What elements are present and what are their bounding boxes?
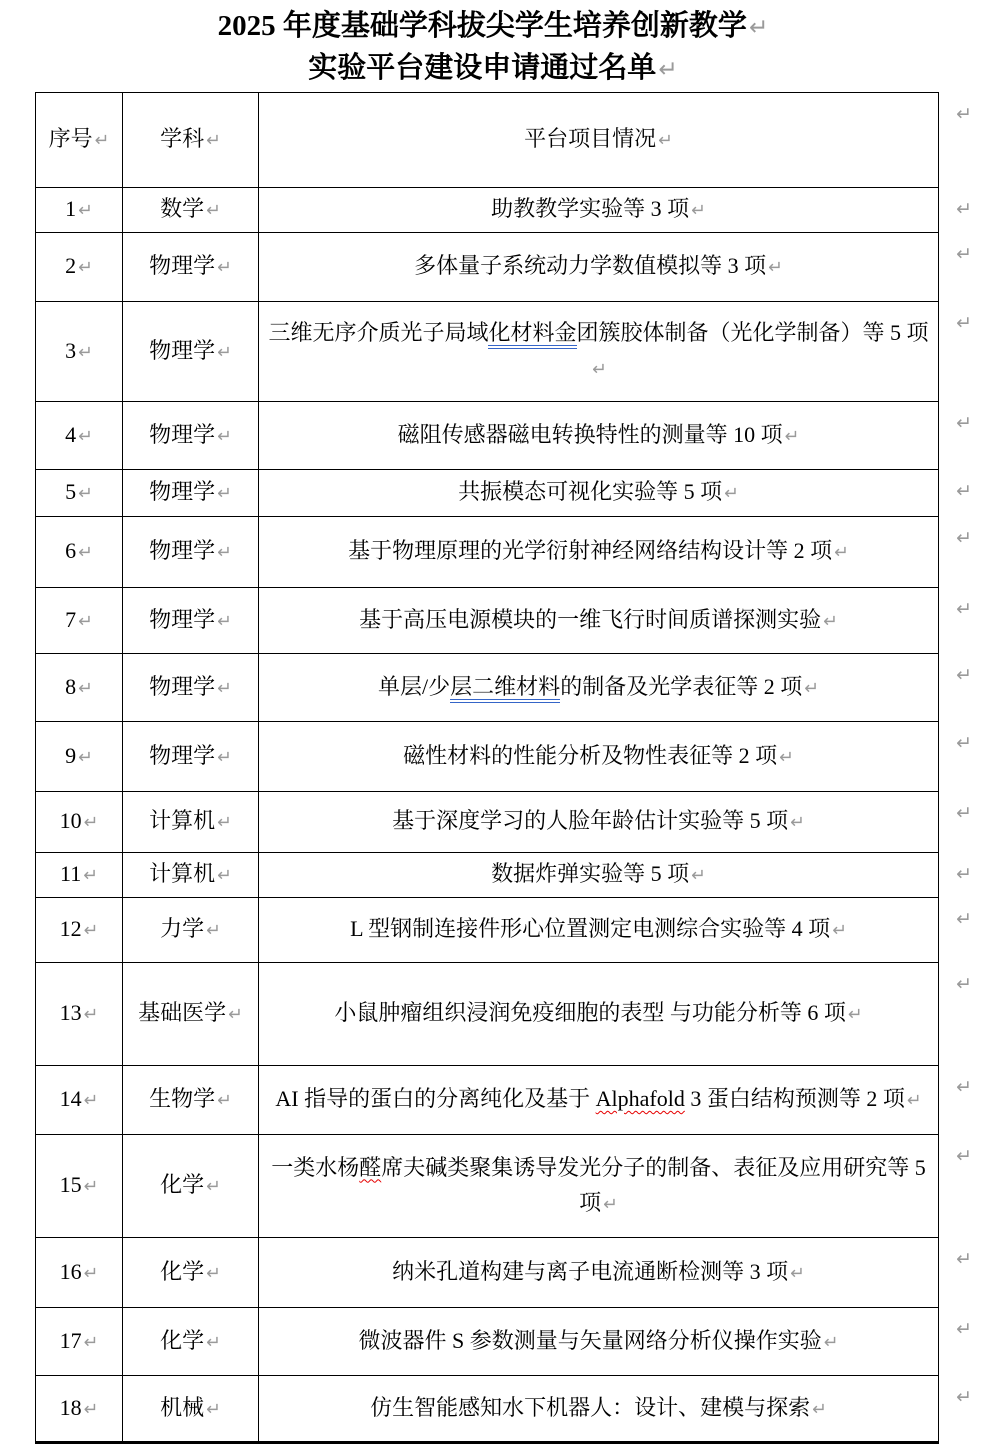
cell-end-mark-icon: ↵: [217, 866, 232, 886]
subject-cell: 物理学↵: [123, 654, 259, 722]
table-row: 2↵物理学↵多体量子系统动力学数值模拟等 3 项↵↵: [36, 233, 939, 302]
title-text: 实验平台建设申请通过名单: [308, 52, 656, 84]
cell-end-mark-icon: ↵: [84, 1400, 99, 1420]
table-row: 10↵计算机↵基于深度学习的人脸年龄估计实验等 5 项↵↵: [36, 792, 939, 853]
paragraph-mark-icon: ↵: [749, 14, 768, 41]
subject-label: 物理学: [149, 422, 215, 447]
row-end-mark-icon: ↵: [956, 1380, 972, 1415]
cell-end-mark-icon: ↵: [592, 360, 607, 380]
cell-end-mark-icon: ↵: [84, 813, 99, 833]
subject-cell: 物理学↵: [123, 233, 259, 302]
cell-end-mark-icon: ↵: [78, 258, 93, 278]
cell-end-mark-icon: ↵: [724, 484, 739, 504]
project-text: 小鼠肿瘤组织浸润免疫细胞的表型 与功能分析等 6 项: [334, 1000, 846, 1025]
project-cell: L 型钢制连接件形心位置测定电测综合实验等 4 项↵↵: [259, 898, 939, 963]
subject-cell: 计算机↵: [123, 853, 259, 898]
row-number-cell: 10↵: [36, 792, 123, 853]
cell-end-mark-icon: ↵: [83, 866, 98, 886]
row-number-cell: 17↵: [36, 1308, 123, 1376]
cell-end-mark-icon: ↵: [206, 1177, 221, 1197]
subject-label: 机械: [160, 1395, 204, 1420]
row-number: 1: [65, 196, 76, 221]
subject-cell: 基础医学↵: [123, 963, 259, 1066]
table-row: 17↵化学↵微波器件 S 参数测量与矢量网络分析仪操作实验↵↵: [36, 1308, 939, 1376]
row-number-cell: 5↵: [36, 470, 123, 517]
cell-end-mark-icon: ↵: [95, 131, 110, 151]
cell-end-mark-icon: ↵: [823, 612, 838, 632]
row-number-cell: 18↵: [36, 1376, 123, 1443]
cell-end-mark-icon: ↵: [78, 201, 93, 221]
project-text: 基于深度学习的人脸年龄估计实验等 5 项: [392, 808, 788, 833]
project-cell: 单层/少层二维材料的制备及光学表征等 2 项↵↵: [259, 654, 939, 722]
subject-label: 物理学: [149, 674, 215, 699]
subject-label: 化学: [160, 1259, 204, 1284]
cell-end-mark-icon: ↵: [84, 1005, 99, 1025]
header-cell-subject: 学科↵: [123, 93, 259, 188]
subject-label: 力学: [160, 916, 204, 941]
cell-end-mark-icon: ↵: [834, 543, 849, 563]
cell-end-mark-icon: ↵: [691, 866, 706, 886]
project-cell: 共振模态可视化实验等 5 项↵↵: [259, 470, 939, 517]
subject-cell: 生物学↵: [123, 1066, 259, 1135]
row-end-mark-icon: ↵: [956, 1139, 972, 1174]
cell-end-mark-icon: ↵: [658, 131, 673, 151]
table-row: 11↵计算机↵数据炸弹实验等 5 项↵↵: [36, 853, 939, 898]
cell-end-mark-icon: ↵: [84, 1177, 99, 1197]
cell-end-mark-icon: ↵: [78, 679, 93, 699]
paragraph-mark-icon: ↵: [658, 56, 677, 83]
cell-end-mark-icon: ↵: [691, 201, 706, 221]
row-number: 7: [65, 607, 76, 632]
table-row: 8↵物理学↵单层/少层二维材料的制备及光学表征等 2 项↵↵: [36, 654, 939, 722]
row-number: 16: [60, 1259, 82, 1284]
cell-end-mark-icon: ↵: [907, 1091, 922, 1111]
subject-cell: 物理学↵: [123, 302, 259, 402]
grammar-underlined-text: 化材料金: [488, 320, 576, 349]
cell-end-mark-icon: ↵: [78, 343, 93, 363]
cell-end-mark-icon: ↵: [824, 1333, 839, 1353]
cell-end-mark-icon: ↵: [78, 484, 93, 504]
row-end-mark-icon: ↵: [956, 1242, 972, 1277]
cell-end-mark-icon: ↵: [84, 1091, 99, 1111]
title-line-1: 2025 年度基础学科拔尖学生培养创新教学↵: [0, 6, 986, 48]
subject-cell: 化学↵: [123, 1135, 259, 1238]
row-number: 18: [60, 1395, 82, 1420]
project-text: 一类水杨: [271, 1155, 359, 1180]
row-number: 3: [65, 338, 76, 363]
cell-end-mark-icon: ↵: [206, 1333, 221, 1353]
project-text: 3 蛋白结构预测等 2 项: [685, 1086, 905, 1111]
row-number: 15: [60, 1172, 82, 1197]
spellcheck-underlined-text: Alphafold: [596, 1086, 685, 1111]
row-number-cell: 11↵: [36, 853, 123, 898]
table-row: 7↵物理学↵基于高压电源模块的一维飞行时间质谱探测实验↵↵: [36, 588, 939, 654]
row-number-cell: 8↵: [36, 654, 123, 722]
row-number-cell: 6↵: [36, 517, 123, 588]
cell-end-mark-icon: ↵: [217, 543, 232, 563]
row-number-cell: 9↵: [36, 722, 123, 792]
cell-end-mark-icon: ↵: [228, 1005, 243, 1025]
row-number: 11: [60, 861, 81, 886]
project-text: 磁性材料的性能分析及物性表征等 2 项: [403, 743, 777, 768]
project-text: 数据炸弹实验等 5 项: [491, 861, 689, 886]
row-number-cell: 14↵: [36, 1066, 123, 1135]
row-number: 4: [65, 422, 76, 447]
project-cell: 磁阻传感器磁电转换特性的测量等 10 项↵↵: [259, 402, 939, 470]
cell-end-mark-icon: ↵: [217, 813, 232, 833]
project-cell: 小鼠肿瘤组织浸润免疫细胞的表型 与功能分析等 6 项↵↵: [259, 963, 939, 1066]
project-cell: 纳米孔道构建与离子电流通断检测等 3 项↵↵: [259, 1238, 939, 1308]
row-number-cell: 12↵: [36, 898, 123, 963]
document-title: 2025 年度基础学科拔尖学生培养创新教学↵ 实验平台建设申请通过名单↵: [0, 0, 986, 90]
project-cell: 一类水杨醛席夫碱类聚集诱导发光分子的制备、表征及应用研究等 5 项↵↵: [259, 1135, 939, 1238]
row-number-cell: 4↵: [36, 402, 123, 470]
subject-cell: 化学↵: [123, 1308, 259, 1376]
project-text: 仿生智能感知水下机器人：设计、建模与探索: [370, 1395, 810, 1420]
row-end-mark-icon: ↵: [956, 237, 972, 272]
cell-end-mark-icon: ↵: [217, 679, 232, 699]
header-cell-project: 平台项目情况↵↵: [259, 93, 939, 188]
row-end-mark-icon: ↵: [956, 1070, 972, 1105]
table-row: 12↵力学↵L 型钢制连接件形心位置测定电测综合实验等 4 项↵↵: [36, 898, 939, 963]
row-end-mark-icon: ↵: [956, 796, 972, 831]
row-number: 8: [65, 674, 76, 699]
title-text: 2025 年度基础学科拔尖学生培养创新教学: [218, 10, 747, 42]
table-row: 6↵物理学↵基于物理原理的光学衍射神经网络结构设计等 2 项↵↵: [36, 517, 939, 588]
row-number: 6: [65, 538, 76, 563]
cell-end-mark-icon: ↵: [78, 543, 93, 563]
project-text: 基于物理原理的光学衍射神经网络结构设计等 2 项: [348, 538, 832, 563]
row-end-mark-icon: ↵: [956, 967, 972, 1002]
project-text: 三维无序介质光子局域: [268, 320, 488, 345]
row-number: 17: [60, 1328, 82, 1353]
cell-end-mark-icon: ↵: [812, 1400, 827, 1420]
table-row: 16↵化学↵纳米孔道构建与离子电流通断检测等 3 项↵↵: [36, 1238, 939, 1308]
subject-cell: 物理学↵: [123, 470, 259, 517]
row-number-cell: 7↵: [36, 588, 123, 654]
cell-end-mark-icon: ↵: [84, 1264, 99, 1284]
subject-label: 物理学: [149, 479, 215, 504]
row-end-mark-icon: ↵: [956, 902, 972, 937]
cell-end-mark-icon: ↵: [206, 1264, 221, 1284]
cell-end-mark-icon: ↵: [206, 1400, 221, 1420]
row-end-mark-icon: ↵: [956, 726, 972, 761]
cell-end-mark-icon: ↵: [217, 748, 232, 768]
cell-end-mark-icon: ↵: [603, 1195, 618, 1215]
project-text: AI 指导的蛋白的分离纯化及基于: [275, 1086, 595, 1111]
table-row: 18↵机械↵仿生智能感知水下机器人：设计、建模与探索↵↵: [36, 1376, 939, 1443]
subject-label: 物理学: [149, 607, 215, 632]
subject-cell: 物理学↵: [123, 588, 259, 654]
row-number-cell: 16↵: [36, 1238, 123, 1308]
row-number-cell: 2↵: [36, 233, 123, 302]
project-cell: 基于高压电源模块的一维飞行时间质谱探测实验↵↵: [259, 588, 939, 654]
cell-end-mark-icon: ↵: [848, 1005, 863, 1025]
header-label: 序号: [49, 126, 93, 151]
table-header: 序号↵ 学科↵ 平台项目情况↵↵: [36, 93, 939, 188]
table-row: 13↵基础医学↵小鼠肿瘤组织浸润免疫细胞的表型 与功能分析等 6 项↵↵: [36, 963, 939, 1066]
project-cell: 基于物理原理的光学衍射神经网络结构设计等 2 项↵↵: [259, 517, 939, 588]
cell-end-mark-icon: ↵: [790, 1264, 805, 1284]
cell-end-mark-icon: ↵: [804, 679, 819, 699]
header-cell-no: 序号↵: [36, 93, 123, 188]
project-text: 的制备及光学表征等 2 项: [560, 674, 802, 699]
word-document-page: 2025 年度基础学科拔尖学生培养创新教学↵ 实验平台建设申请通过名单↵ 序号↵…: [0, 0, 986, 1450]
row-end-mark-icon: ↵: [956, 306, 972, 341]
project-cell: 数据炸弹实验等 5 项↵↵: [259, 853, 939, 898]
project-cell: 多体量子系统动力学数值模拟等 3 项↵↵: [259, 233, 939, 302]
project-text: 磁阻传感器磁电转换特性的测量等 10 项: [398, 422, 783, 447]
subject-cell: 力学↵: [123, 898, 259, 963]
table-header-row: 序号↵ 学科↵ 平台项目情况↵↵: [36, 93, 939, 188]
project-cell: 微波器件 S 参数测量与矢量网络分析仪操作实验↵↵: [259, 1308, 939, 1376]
cell-end-mark-icon: ↵: [78, 612, 93, 632]
project-text: 助教教学实验等 3 项: [491, 196, 689, 221]
row-number: 2: [65, 253, 76, 278]
cell-end-mark-icon: ↵: [78, 427, 93, 447]
table-row: 3↵物理学↵三维无序介质光子局域化材料金团簇胶体制备（光化学制备）等 5 项↵↵: [36, 302, 939, 402]
project-text: 共振模态可视化实验等 5 项: [458, 479, 722, 504]
project-cell: 仿生智能感知水下机器人：设计、建模与探索↵↵: [259, 1376, 939, 1443]
project-cell: AI 指导的蛋白的分离纯化及基于 Alphafold 3 蛋白结构预测等 2 项…: [259, 1066, 939, 1135]
cell-end-mark-icon: ↵: [217, 258, 232, 278]
cell-end-mark-icon: ↵: [217, 484, 232, 504]
row-number: 5: [65, 479, 76, 504]
cell-end-mark-icon: ↵: [217, 612, 232, 632]
row-number: 14: [60, 1086, 82, 1111]
row-number-cell: 15↵: [36, 1135, 123, 1238]
cell-end-mark-icon: ↵: [78, 748, 93, 768]
subject-cell: 化学↵: [123, 1238, 259, 1308]
project-cell: 基于深度学习的人脸年龄估计实验等 5 项↵↵: [259, 792, 939, 853]
subject-cell: 物理学↵: [123, 517, 259, 588]
table-row: 5↵物理学↵共振模态可视化实验等 5 项↵↵: [36, 470, 939, 517]
subject-label: 生物学: [149, 1086, 215, 1111]
project-text: 团簇胶体制备（光化学制备）等 5 项: [577, 320, 929, 345]
cell-end-mark-icon: ↵: [785, 427, 800, 447]
row-end-mark-icon: ↵: [956, 97, 972, 132]
cell-end-mark-icon: ↵: [217, 427, 232, 447]
subject-label: 化学: [160, 1328, 204, 1353]
cell-end-mark-icon: ↵: [206, 131, 221, 151]
subject-cell: 物理学↵: [123, 722, 259, 792]
row-end-mark-icon: ↵: [956, 592, 972, 627]
subject-cell: 机械↵: [123, 1376, 259, 1443]
project-text: L 型钢制连接件形心位置测定电测综合实验等 4 项: [350, 916, 830, 941]
cell-end-mark-icon: ↵: [84, 1333, 99, 1353]
cell-end-mark-icon: ↵: [779, 748, 794, 768]
row-end-mark-icon: ↵: [956, 406, 972, 441]
table-body: 1↵数学↵助教教学实验等 3 项↵↵2↵物理学↵多体量子系统动力学数值模拟等 3…: [36, 188, 939, 1443]
spellcheck-underlined-text: 醛: [359, 1155, 381, 1180]
cell-end-mark-icon: ↵: [790, 813, 805, 833]
row-number-cell: 13↵: [36, 963, 123, 1066]
row-number: 10: [60, 808, 82, 833]
project-text: 微波器件 S 参数测量与矢量网络分析仪操作实验: [359, 1328, 822, 1353]
subject-cell: 物理学↵: [123, 402, 259, 470]
row-end-mark-icon: ↵: [956, 658, 972, 693]
cell-end-mark-icon: ↵: [832, 921, 847, 941]
row-number: 12: [60, 916, 82, 941]
subject-label: 计算机: [149, 861, 215, 886]
project-cell: 助教教学实验等 3 项↵↵: [259, 188, 939, 233]
project-cell: 三维无序介质光子局域化材料金团簇胶体制备（光化学制备）等 5 项↵↵: [259, 302, 939, 402]
title-line-2: 实验平台建设申请通过名单↵: [0, 48, 986, 90]
row-number-cell: 3↵: [36, 302, 123, 402]
row-end-mark-icon: ↵: [956, 192, 972, 227]
subject-label: 物理学: [149, 538, 215, 563]
cell-end-mark-icon: ↵: [206, 921, 221, 941]
table-row: 15↵化学↵一类水杨醛席夫碱类聚集诱导发光分子的制备、表征及应用研究等 5 项↵…: [36, 1135, 939, 1238]
subject-label: 物理学: [149, 253, 215, 278]
cell-end-mark-icon: ↵: [217, 1091, 232, 1111]
table-row: 9↵物理学↵磁性材料的性能分析及物性表征等 2 项↵↵: [36, 722, 939, 792]
project-text: 席夫碱类聚集诱导发光分子的制备、表征及应用研究等 5 项: [381, 1155, 926, 1215]
row-end-mark-icon: ↵: [956, 474, 972, 509]
subject-label: 基础医学: [138, 1000, 226, 1025]
row-end-mark-icon: ↵: [956, 521, 972, 556]
header-label: 学科: [160, 126, 204, 151]
row-end-mark-icon: ↵: [956, 857, 972, 892]
subject-cell: 数学↵: [123, 188, 259, 233]
row-number-cell: 1↵: [36, 188, 123, 233]
subject-label: 计算机: [149, 808, 215, 833]
grammar-underlined-text: 层二维材料: [450, 674, 560, 703]
cell-end-mark-icon: ↵: [217, 343, 232, 363]
approved-projects-table: 序号↵ 学科↵ 平台项目情况↵↵ 1↵数学↵助教教学实验等 3 项↵↵2↵物理学…: [35, 92, 939, 1444]
project-text: 基于高压电源模块的一维飞行时间质谱探测实验: [359, 607, 821, 632]
project-text: 纳米孔道构建与离子电流通断检测等 3 项: [392, 1259, 788, 1284]
subject-label: 物理学: [149, 743, 215, 768]
cell-end-mark-icon: ↵: [84, 921, 99, 941]
table-row: 1↵数学↵助教教学实验等 3 项↵↵: [36, 188, 939, 233]
subject-label: 数学: [160, 196, 204, 221]
project-text: 多体量子系统动力学数值模拟等 3 项: [414, 253, 766, 278]
table-row: 4↵物理学↵磁阻传感器磁电转换特性的测量等 10 项↵↵: [36, 402, 939, 470]
row-number: 9: [65, 743, 76, 768]
subject-label: 物理学: [149, 338, 215, 363]
project-text: 单层/少: [378, 674, 450, 699]
project-cell: 磁性材料的性能分析及物性表征等 2 项↵↵: [259, 722, 939, 792]
header-label: 平台项目情况: [524, 126, 656, 151]
cell-end-mark-icon: ↵: [768, 258, 783, 278]
row-number: 13: [60, 1000, 82, 1025]
subject-cell: 计算机↵: [123, 792, 259, 853]
cell-end-mark-icon: ↵: [206, 201, 221, 221]
subject-label: 化学: [160, 1172, 204, 1197]
row-end-mark-icon: ↵: [956, 1312, 972, 1347]
table-row: 14↵生物学↵AI 指导的蛋白的分离纯化及基于 Alphafold 3 蛋白结构…: [36, 1066, 939, 1135]
